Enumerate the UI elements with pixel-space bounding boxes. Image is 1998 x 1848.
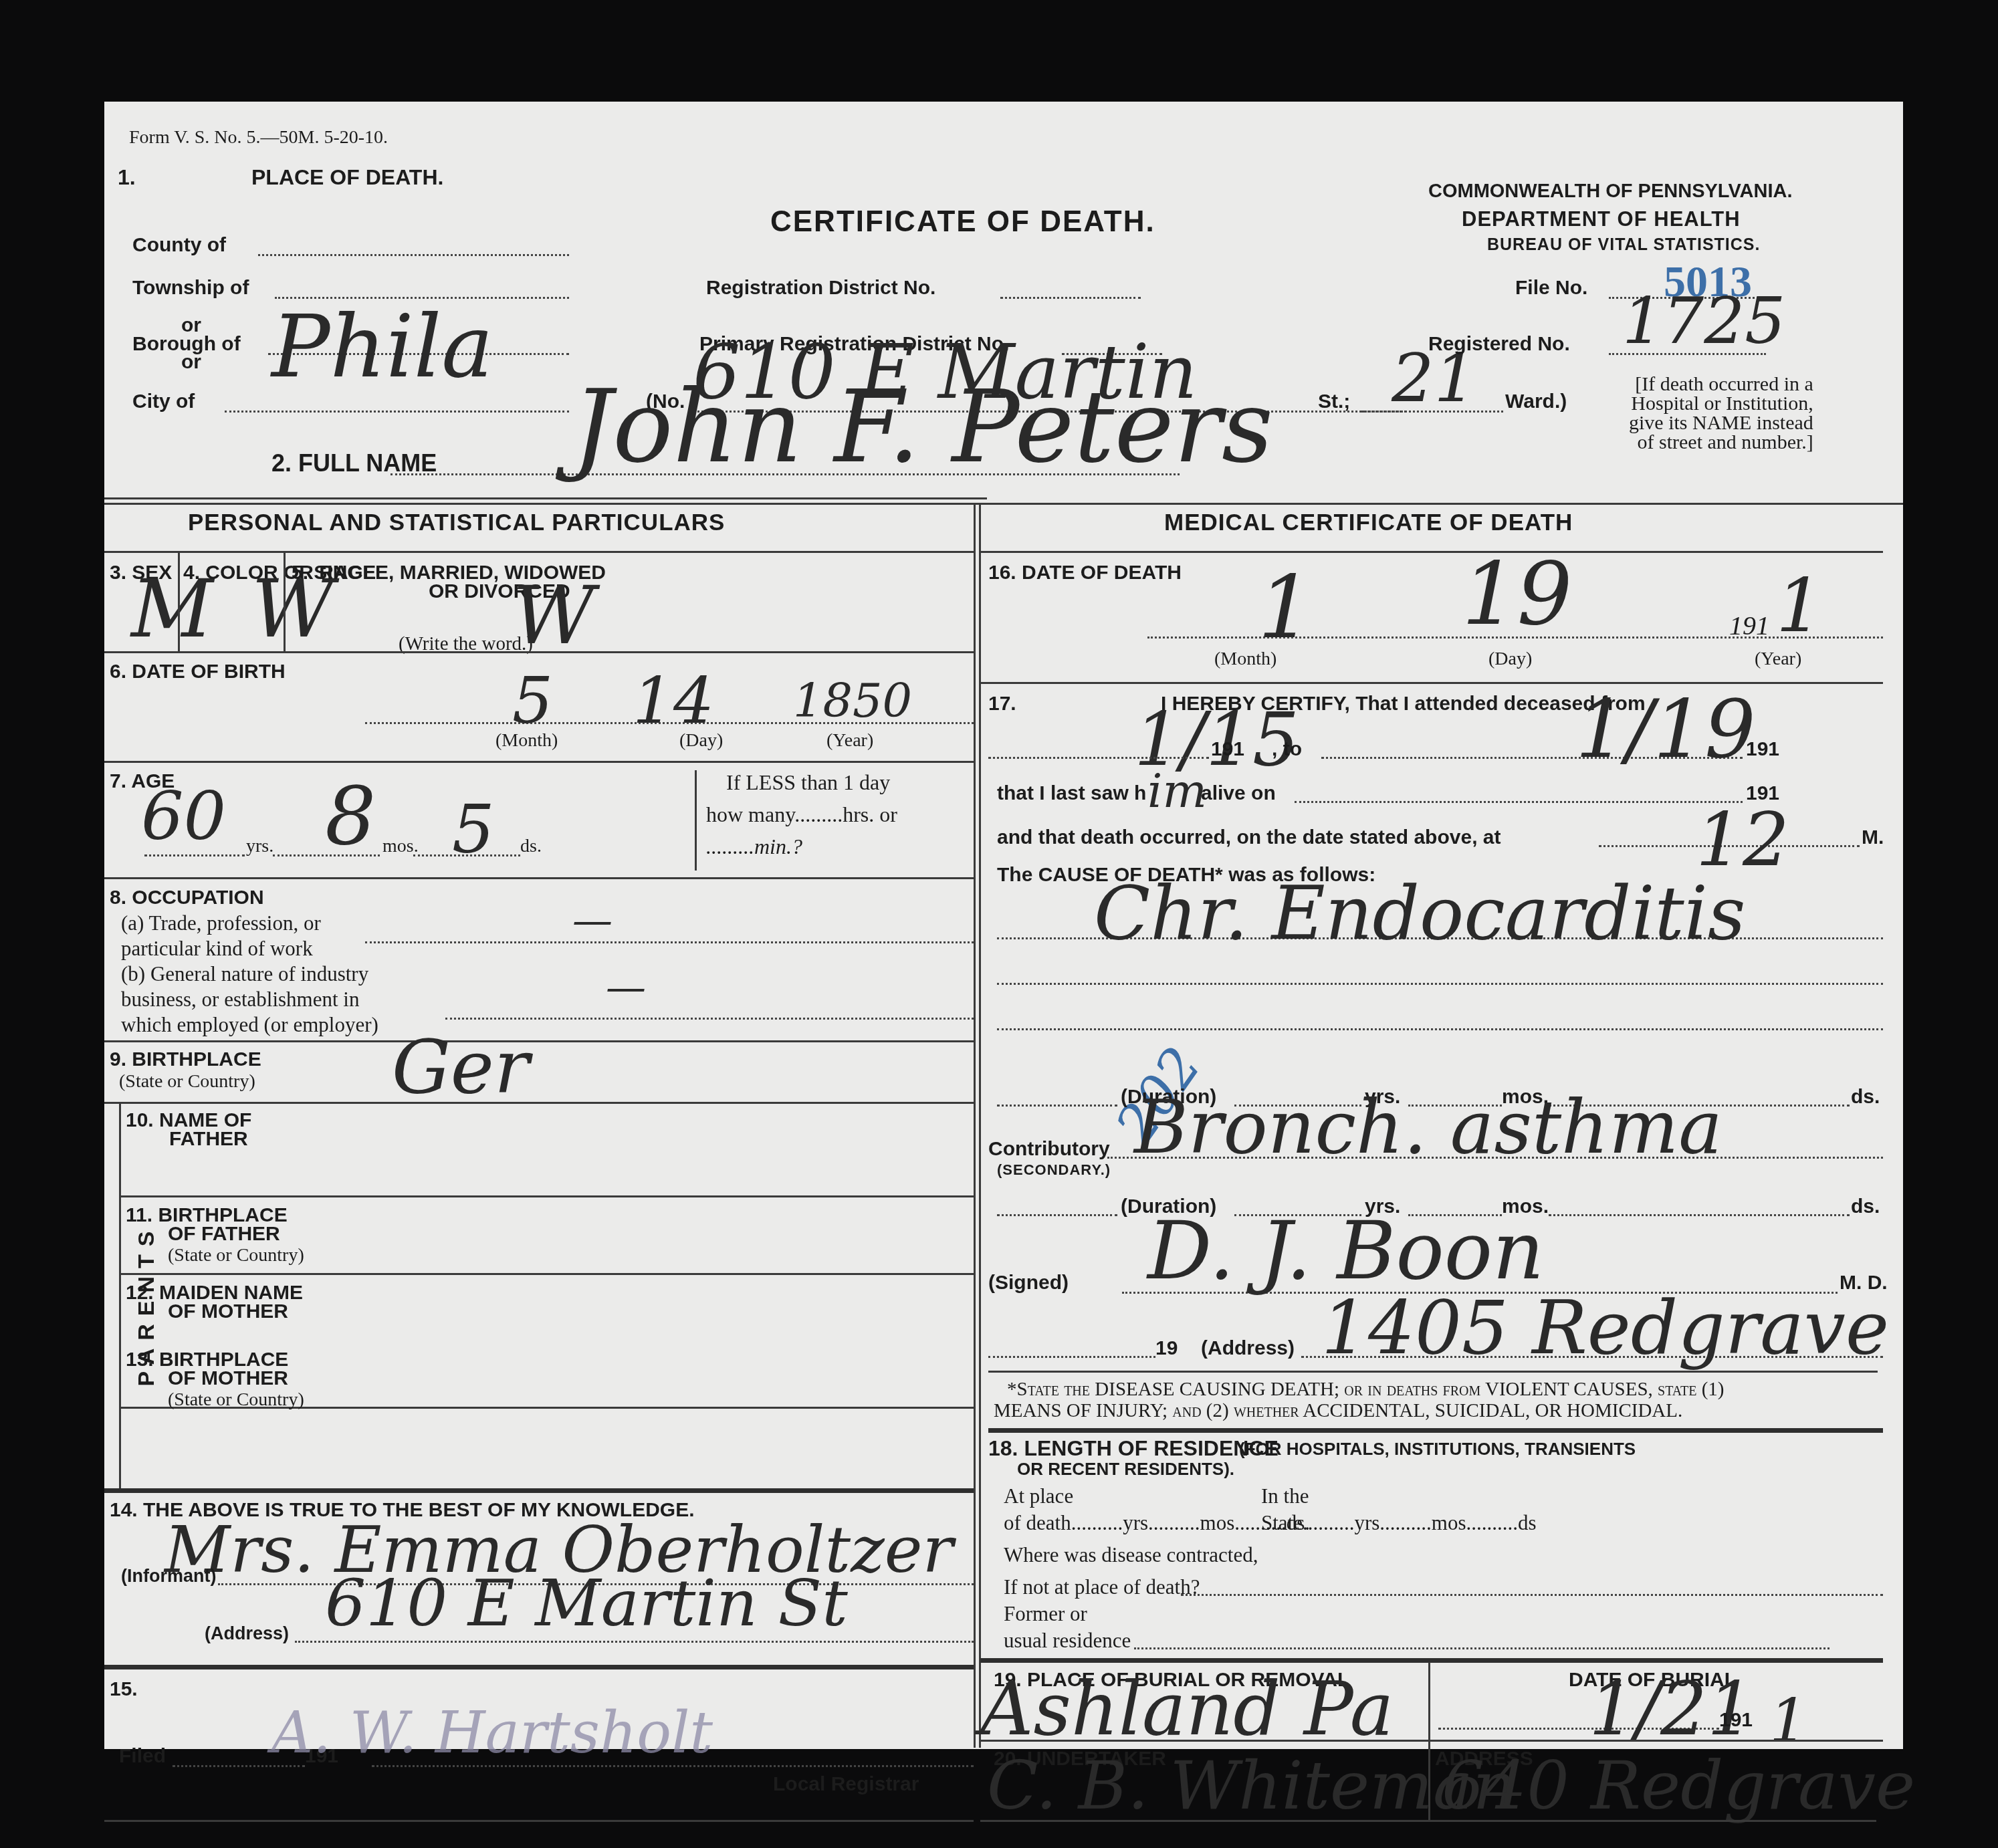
cause-line-3[interactable] bbox=[997, 1028, 1883, 1030]
birthplace-label: 9. BIRTHPLACE bbox=[110, 1048, 261, 1071]
contracted-field[interactable] bbox=[1181, 1594, 1883, 1596]
cell-divider bbox=[178, 551, 180, 651]
section-15-number: 15. bbox=[110, 1678, 138, 1701]
alive-on-label: alive on bbox=[1201, 782, 1276, 805]
registration-district-label: Registration District No. bbox=[706, 277, 935, 300]
divider bbox=[980, 1658, 1883, 1663]
dob-month: 5 bbox=[512, 663, 553, 738]
burial-year-prefix: 191 bbox=[1719, 1709, 1753, 1732]
day-caption: (Day) bbox=[679, 730, 723, 752]
registered-number-value: 1725 bbox=[1622, 283, 1785, 358]
city-value: Phila bbox=[271, 296, 493, 397]
certificate-title: CERTIFICATE OF DEATH. bbox=[770, 205, 1155, 239]
at-place-label: At place bbox=[1004, 1484, 1073, 1508]
cell-divider bbox=[284, 551, 286, 651]
cell-divider bbox=[119, 1102, 121, 1488]
ds-label: ds. bbox=[1851, 1195, 1880, 1218]
divider bbox=[104, 497, 987, 499]
residence-heading: 18. LENGTH OF RESIDENCE bbox=[988, 1436, 1279, 1461]
year-191: 191 bbox=[1211, 738, 1244, 761]
burial-place-value: Ashland Pa bbox=[980, 1666, 1394, 1752]
divider bbox=[104, 1040, 974, 1042]
mother-maiden-name-label: 12. MAIDEN NAMEOF MOTHER bbox=[126, 1284, 303, 1321]
last-saw-label: that I last saw h bbox=[997, 782, 1146, 805]
divider bbox=[104, 1665, 974, 1669]
divider bbox=[104, 1488, 974, 1493]
occupation-trade-field[interactable] bbox=[365, 941, 974, 943]
age-months-field[interactable] bbox=[273, 854, 380, 856]
death-time-value: 12 bbox=[1696, 797, 1789, 883]
last-saw-pronoun: im bbox=[1147, 764, 1207, 818]
to-label: , to bbox=[1272, 738, 1302, 761]
residence-heading-note-2: OR RECENT RESIDENTS). bbox=[1017, 1459, 1234, 1480]
former-residence-field[interactable] bbox=[1134, 1647, 1829, 1649]
column-divider bbox=[979, 503, 981, 1748]
dod-month: 1 bbox=[1258, 556, 1313, 658]
divider bbox=[121, 1195, 974, 1197]
attended-to-value: 1/19 bbox=[1575, 683, 1755, 776]
registration-district-field[interactable] bbox=[1000, 297, 1141, 299]
agency-commonwealth: COMMONWEALTH OF PENNSYLVANIA. bbox=[1428, 181, 1793, 203]
divider bbox=[104, 1820, 974, 1822]
attended-from-field[interactable] bbox=[988, 757, 1209, 759]
age-months: 8 bbox=[325, 770, 376, 863]
form-number: Form V. S. No. 5.—50M. 5-20-10. bbox=[129, 127, 388, 148]
personal-particulars-heading: PERSONAL AND STATISTICAL PARTICULARS bbox=[188, 509, 725, 536]
date-of-death-label: 16. DATE OF DEATH bbox=[988, 562, 1182, 584]
age-days: 5 bbox=[452, 790, 495, 869]
divider bbox=[988, 1371, 1878, 1373]
contributory-label: Contributory bbox=[988, 1138, 1110, 1161]
full-name-value: John F. Peters bbox=[572, 369, 1273, 485]
agency-department: DEPARTMENT OF HEALTH bbox=[1462, 207, 1741, 231]
year-19: 19 bbox=[1155, 1337, 1178, 1360]
duration-field[interactable] bbox=[997, 1214, 1117, 1216]
ds-label: ds. bbox=[1851, 1086, 1880, 1109]
contracted-label: Where was disease contracted, bbox=[1004, 1543, 1258, 1567]
year-191: 191 bbox=[1746, 738, 1779, 761]
year-caption: (Year) bbox=[826, 730, 873, 752]
occupation-trade-value: — bbox=[572, 897, 613, 944]
contracted-label-2: If not at place of death? bbox=[1004, 1575, 1200, 1599]
cell-divider bbox=[695, 770, 697, 871]
dod-year-suffix: 1 bbox=[1776, 563, 1823, 649]
physician-address-value: 1405 Redgrave bbox=[1321, 1285, 1889, 1371]
divider bbox=[104, 651, 974, 653]
date-of-birth-label: 6. DATE OF BIRTH bbox=[110, 661, 286, 683]
father-name-label: 10. NAME OFFATHER bbox=[126, 1111, 251, 1149]
filed-label: Filed bbox=[119, 1745, 166, 1768]
county-label: County of bbox=[132, 234, 226, 257]
informant-address-label: (Address) bbox=[205, 1623, 289, 1644]
local-registrar-label: Local Registrar bbox=[773, 1773, 919, 1796]
birthplace-value: Ger bbox=[392, 1024, 530, 1110]
undertaker-address-value: 640 Redgrave bbox=[1442, 1746, 1915, 1825]
place-of-death-heading: PLACE OF DEATH. bbox=[251, 165, 443, 190]
informant-address-field[interactable] bbox=[295, 1641, 974, 1643]
m-label: M. bbox=[1862, 826, 1884, 849]
secondary-label: (SECONDARY.) bbox=[997, 1161, 1111, 1179]
birthplace-hint: (State or Country) bbox=[119, 1071, 255, 1092]
mother-birthplace-label: 13. BIRTHPLACEOF MOTHER bbox=[126, 1351, 288, 1388]
informant-label: (Informant) bbox=[121, 1566, 216, 1587]
former-residence-label: Former or bbox=[1004, 1602, 1087, 1626]
duration-days-field[interactable] bbox=[1549, 1214, 1850, 1216]
divider bbox=[980, 1820, 1876, 1822]
township-label: Township of bbox=[132, 277, 249, 300]
divider bbox=[104, 1102, 974, 1104]
divider bbox=[980, 1740, 1883, 1742]
father-birthplace-hint: (State or Country) bbox=[168, 1245, 304, 1266]
father-birthplace-label: 11. BIRTHPLACEOF FATHER bbox=[126, 1206, 288, 1244]
registered-number-label: Registered No. bbox=[1428, 333, 1570, 356]
divider bbox=[104, 551, 974, 553]
physician-address-label: (Address) bbox=[1201, 1337, 1295, 1360]
divider bbox=[980, 551, 1883, 553]
former-residence-label-2: usual residence bbox=[1004, 1629, 1131, 1653]
death-time-label: and that death occurred, on the date sta… bbox=[997, 826, 1501, 849]
city-field[interactable] bbox=[225, 411, 569, 413]
divider bbox=[988, 1428, 1883, 1433]
occupation-label: 8. OCCUPATION bbox=[110, 887, 264, 909]
cause-of-death-value: Chr. Endocarditis bbox=[1094, 871, 1745, 956]
hospital-note: [If death occurred in a Hospital or Inst… bbox=[1629, 374, 1813, 452]
dob-year: 1850 bbox=[793, 673, 912, 728]
residence-heading-note: (FOR HOSPITALS, INSTITUTIONS, TRANSIENTS bbox=[1239, 1439, 1636, 1460]
divider bbox=[104, 877, 974, 879]
or-label: or bbox=[181, 351, 201, 374]
alive-on-field[interactable] bbox=[1295, 801, 1743, 803]
less-than-day-hours: how many.........hrs. or bbox=[706, 802, 897, 827]
yrs-label: yrs. bbox=[246, 836, 273, 857]
age-years-field[interactable] bbox=[144, 854, 245, 856]
age-days-field[interactable] bbox=[413, 854, 520, 856]
contributory-value: Bronch. asthma bbox=[1134, 1084, 1723, 1170]
day-caption: (Day) bbox=[1488, 649, 1532, 670]
divider bbox=[104, 761, 974, 763]
column-divider bbox=[974, 503, 976, 1748]
physician-signature: D. J. Boon bbox=[1147, 1205, 1544, 1298]
county-field[interactable] bbox=[258, 254, 569, 256]
agency-bureau: BUREAU OF VITAL STATISTICS. bbox=[1487, 235, 1760, 255]
divider bbox=[104, 503, 1903, 505]
registrar-signature: A. W. Hartsholt bbox=[271, 1700, 713, 1766]
section-1-number: 1. bbox=[118, 165, 136, 190]
cause-line-2[interactable] bbox=[997, 983, 1883, 985]
footnote-line-1: *State the DISEASE CAUSING DEATH; or in … bbox=[1007, 1379, 1725, 1401]
dob-day: 14 bbox=[633, 663, 714, 738]
st-label: St.; bbox=[1318, 390, 1350, 413]
signed-date-field[interactable] bbox=[988, 1356, 1155, 1358]
dod-day: 19 bbox=[1462, 543, 1572, 645]
duration-field[interactable] bbox=[997, 1105, 1117, 1107]
occupation-a-label: (a) Trade, profession, orparticular kind… bbox=[121, 911, 321, 961]
medical-certificate-heading: MEDICAL CERTIFICATE OF DEATH bbox=[1164, 509, 1573, 536]
occupation-b-label: (b) General nature of industrybusiness, … bbox=[121, 961, 378, 1038]
occupation-industry-value: — bbox=[606, 964, 646, 1011]
less-than-day-note: If LESS than 1 day bbox=[726, 770, 890, 795]
month-caption: (Month) bbox=[495, 730, 558, 752]
occupation-industry-field[interactable] bbox=[445, 1018, 974, 1020]
signed-label: (Signed) bbox=[988, 1272, 1069, 1294]
death-certificate-page: Form V. S. No. 5.—50M. 5-20-10. 1. PLACE… bbox=[104, 102, 1903, 1749]
divider bbox=[121, 1273, 974, 1275]
mother-birthplace-hint: (State or Country) bbox=[168, 1389, 304, 1411]
ds-label: ds. bbox=[520, 836, 542, 857]
less-than-day-minutes: .........min.? bbox=[706, 834, 802, 859]
footnote-line-2: MEANS OF INJURY; and (2) whether ACCIDEN… bbox=[994, 1400, 1682, 1422]
in-state-label: In the bbox=[1261, 1484, 1309, 1508]
age-years: 60 bbox=[141, 777, 226, 855]
dod-year-prefix: 191 bbox=[1729, 610, 1769, 641]
month-caption: (Month) bbox=[1214, 649, 1276, 670]
informant-address-value: 610 E Martin St bbox=[325, 1566, 848, 1641]
year-caption: (Year) bbox=[1755, 649, 1801, 670]
certify-number: 17. bbox=[988, 693, 1016, 715]
ward-label: Ward.) bbox=[1505, 390, 1567, 413]
marital-value: W bbox=[512, 570, 594, 663]
file-number-label: File No. bbox=[1515, 277, 1587, 300]
city-label: City of bbox=[132, 390, 195, 413]
in-state-duration[interactable]: State..........yrs..........mos.........… bbox=[1261, 1511, 1537, 1535]
